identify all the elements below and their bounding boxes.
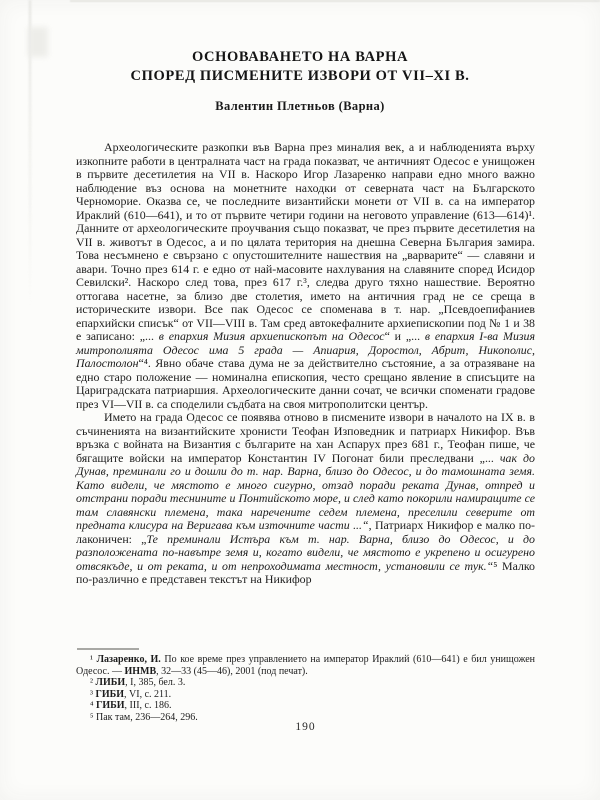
scanned-document-page: ОСНОВАВАНЕТО НА ВАРНА СПОРЕД ПИСМЕНИТЕ И… (0, 0, 600, 800)
footnote-separator-rule (77, 648, 139, 650)
page-title: ОСНОВАВАНЕТО НА ВАРНА СПОРЕД ПИСМЕНИТЕ И… (20, 48, 580, 86)
article-body: Археологическите разкопки във Варна през… (76, 141, 535, 587)
text-segment: “⁴. Явно обаче става дума не за действит… (76, 356, 535, 411)
text-segment: Археологическите разкопки във Варна през… (76, 140, 535, 343)
text-segment: ЛИБИ (96, 677, 126, 688)
text-segment: , 32—33 (45—46), 2001 (под печат). (156, 666, 308, 677)
text-segment: , I, 385, бел. 3. (125, 677, 185, 688)
footnote: ⁴ ГИБИ, III, с. 186. (76, 700, 535, 712)
footnote: ³ ГИБИ, VI, с. 211. (76, 689, 535, 701)
body-paragraph: Името на града Одесос се появява отново … (76, 411, 535, 587)
text-segment: , VI, с. 211. (124, 689, 171, 700)
page-number: 190 (76, 721, 535, 733)
text-segment: Името на града Одесос се появява отново … (76, 410, 535, 465)
title-line-2: СПОРЕД ПИСМЕНИТЕ ИЗВОРИ ОТ VII–XI В. (20, 67, 580, 86)
text-segment: ИНМВ (125, 666, 157, 677)
text-segment: ¹ (90, 654, 97, 665)
text-segment: , III, с. 186. (125, 700, 172, 711)
title-line-1: ОСНОВАВАНЕТО НА ВАРНА (20, 48, 580, 67)
author-line: Валентин Плетньов (Варна) (20, 99, 580, 114)
body-paragraph: Археологическите разкопки във Варна през… (76, 141, 535, 411)
text-segment: Лазаренко, И. (97, 654, 161, 665)
footnote: ² ЛИБИ, I, 385, бел. 3. (76, 677, 535, 689)
footnotes-block: ¹ Лазаренко, И. По кое време през управл… (76, 654, 535, 724)
text-segment: ГИБИ (96, 689, 125, 700)
scan-edge-artifact (70, 0, 600, 2)
text-segment: в епархия Мизия архиепископът на Одесос (159, 329, 385, 343)
text-segment: ГИБИ (96, 700, 125, 711)
footnote: ¹ Лазаренко, И. По кое време през управл… (76, 654, 535, 677)
text-segment: “ и „... (385, 329, 425, 343)
